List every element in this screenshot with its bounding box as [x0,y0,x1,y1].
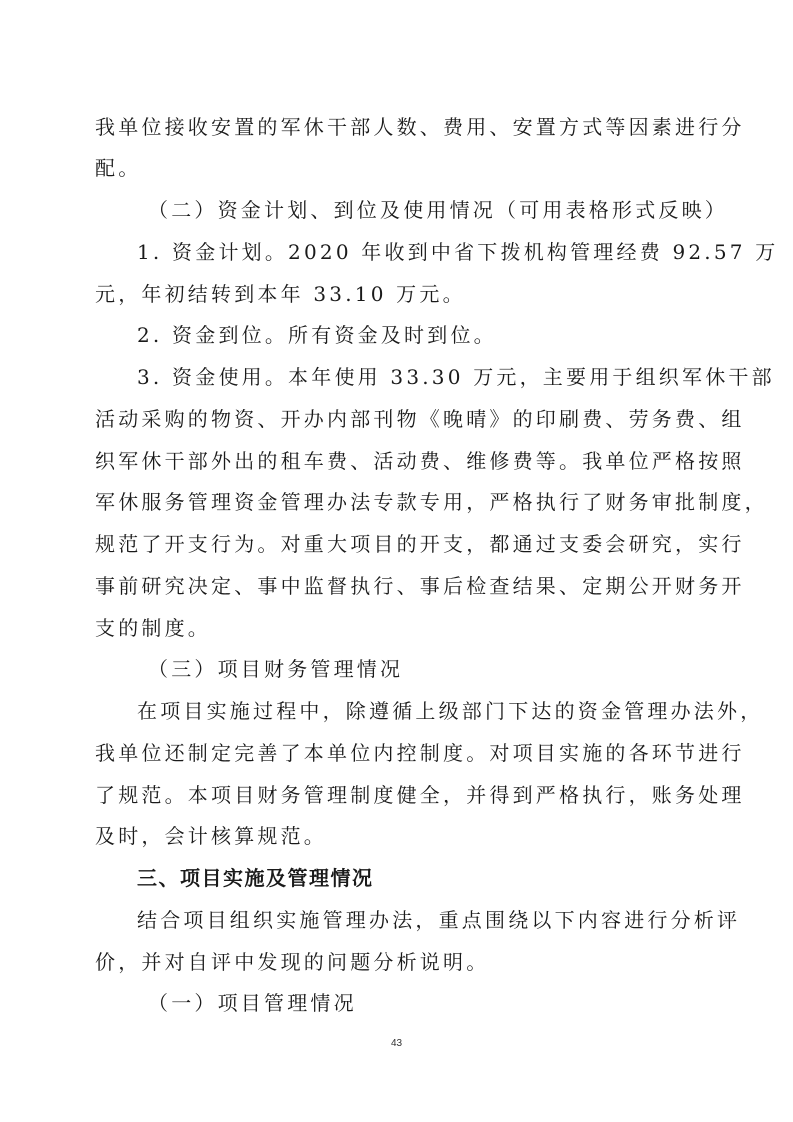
chapter-heading-implementation: 三、项目实施及管理情况 [95,866,705,890]
paragraph-line: 2. 资金到位。所有资金及时到位。 [95,323,705,347]
paragraph-line: 结合项目组织实施管理办法，重点围绕以下内容进行分析评 [95,908,705,932]
paragraph-line: 事前研究决定、事中监督执行、事后检查结果、定期公开财务开 [95,574,705,598]
section-heading-management: （一）项目管理情况 [95,991,705,1015]
paragraph-line: 元，年初结转到本年 33.10 万元。 [95,282,705,306]
paragraph-line: 价，并对自评中发现的问题分析说明。 [95,950,705,974]
paragraph-line: 在项目实施过程中，除遵循上级部门下达的资金管理办法外， [95,699,705,723]
page-number: 43 [0,1038,793,1049]
paragraph-line: 及时，会计核算规范。 [95,824,705,848]
paragraph-line: 军休服务管理资金管理办法专款专用，严格执行了财务审批制度， [95,490,705,514]
paragraph-line: 我单位还制定完善了本单位内控制度。对项目实施的各环节进行 [95,741,705,765]
paragraph-line: 活动采购的物资、开办内部刊物《晚晴》的印刷费、劳务费、组 [95,407,705,431]
section-heading-finance: （三）项目财务管理情况 [95,657,705,681]
section-heading-funds: （二）资金计划、到位及使用情况（可用表格形式反映） [95,198,705,222]
paragraph-line: 1. 资金计划。2020 年收到中省下拨机构管理经费 92.57 万 [95,240,705,264]
paragraph-line: 配。 [95,156,705,180]
paragraph-line: 3. 资金使用。本年使用 33.30 万元，主要用于组织军休干部 [95,365,705,389]
paragraph-line: 我单位接收安置的军休干部人数、费用、安置方式等因素进行分 [95,115,705,139]
paragraph-line: 织军休干部外出的租车费、活动费、维修费等。我单位严格按照 [95,449,705,473]
paragraph-line: 了规范。本项目财务管理制度健全，并得到严格执行，账务处理 [95,783,705,807]
paragraph-line: 规范了开支行为。对重大项目的开支，都通过支委会研究，实行 [95,532,705,556]
paragraph-line: 支的制度。 [95,616,705,640]
